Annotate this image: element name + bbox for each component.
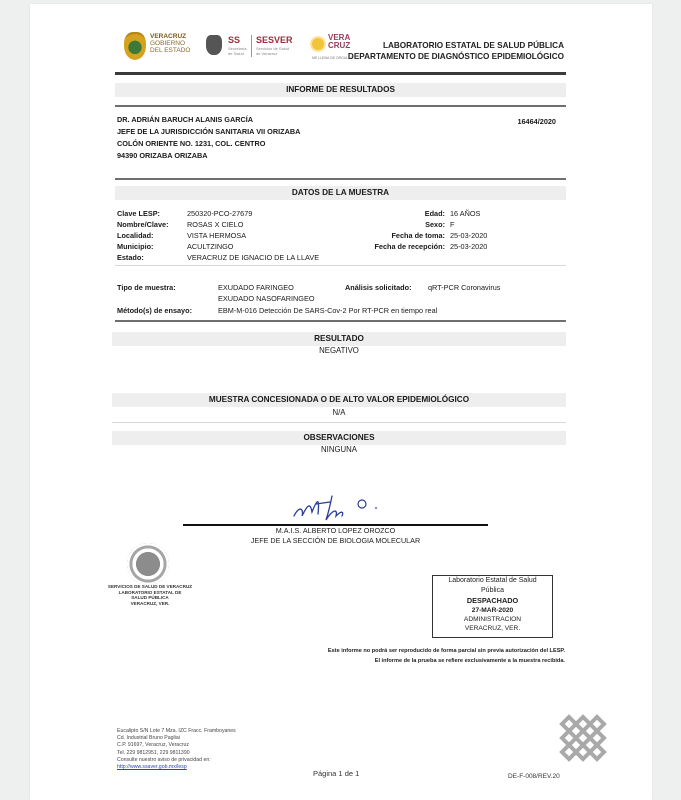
stamp-status: DESPACHADO: [433, 596, 552, 606]
veracruz-brand-logo: VERA CRUZ: [328, 34, 350, 50]
stamp-place: VERACRUZ, VER.: [433, 624, 552, 633]
method-value: EBM-M-016 Detección De SARS-Cov-2 Por RT…: [218, 306, 437, 315]
stamp-line: Pública: [433, 586, 552, 596]
footer-address: Eucalipto S/N Lote 7 Mza. IZC Fracc. Fra…: [117, 728, 236, 771]
section-divider: [115, 320, 566, 322]
seal-line: VERACRUZ, VER.: [105, 601, 195, 607]
report-title: INFORME DE RESULTADOS: [115, 83, 566, 97]
recipient-position: JEFE DE LA JURISDICCIÓN SANITARIA VII OR…: [117, 126, 300, 138]
report-folio: 16464/2020: [517, 117, 556, 126]
lab-title: LABORATORIO ESTATAL DE SALUD PÚBLICA DEP…: [348, 40, 564, 62]
field-label: Estado:: [117, 253, 144, 262]
recipient-city: 94390 ORIZABA ORIZABA: [117, 150, 208, 162]
header-divider: [115, 72, 566, 75]
stamp-date: 27-MAR-2020: [433, 606, 552, 615]
handwritten-signature-icon: [290, 486, 390, 524]
sample-type-value: EXUDADO NASOFARINGEO: [218, 294, 315, 303]
field-label: Nombre/Clave:: [117, 220, 169, 229]
mexico-coat-of-arms-seal-icon: [127, 543, 169, 585]
seal-line: SERVICIOS DE SALUD DE VERACRUZ: [105, 584, 195, 590]
analysis-value: qRT-PCR Coronavirus: [428, 283, 500, 292]
veracruz-brand-tagline: ME LLENA DE ORGULLO: [312, 56, 353, 60]
field-value: 250320-PCO-27679: [187, 209, 252, 218]
section-divider: [115, 265, 566, 266]
result-value: NEGATIVO: [112, 346, 566, 355]
concession-title: MUESTRA CONCESIONADA O DE ALTO VALOR EPI…: [112, 393, 566, 407]
stamp-area: ADMINISTRACION: [433, 615, 552, 624]
section-divider: [115, 105, 566, 107]
field-value: 25-03-2020: [450, 231, 487, 240]
signer-name: M.A.I.S. ALBERTO LOPEZ OROZCO: [183, 526, 488, 535]
privacy-link[interactable]: http://www.ssaver.gob.mx/lesp: [117, 764, 187, 770]
field-value: 16 AÑOS: [450, 209, 480, 218]
signer-position: JEFE DE LA SECCIÓN DE BIOLOGIA MOLECULAR: [183, 536, 488, 545]
field-value: F: [450, 220, 454, 229]
reproduction-notice: Este informe no podrá ser reproducido de…: [328, 648, 565, 654]
sample-notice: El informe de la prueba se refiere exclu…: [375, 658, 565, 664]
logo-divider: [251, 35, 252, 57]
concession-value: N/A: [112, 408, 566, 417]
sesver-logo-title: SESVER: [256, 35, 293, 45]
veracruz-coat-of-arms-icon: [124, 32, 146, 60]
address-line: C.P. 91697, Veracruz, Veracruz: [117, 742, 236, 749]
logo-line: CRUZ: [328, 42, 350, 50]
field-value: ACULTZINGO: [187, 242, 234, 251]
analysis-label: Análisis solicitado:: [345, 283, 412, 292]
lab-name: LABORATORIO ESTATAL DE SALUD PÚBLICA: [348, 40, 564, 51]
logo-line: GOBIERNO: [150, 40, 190, 47]
stamp-line: Laboratorio Estatal de Salud: [433, 576, 552, 586]
field-value: ROSAS X CIELO: [187, 220, 243, 229]
logo-line: VERACRUZ: [150, 33, 190, 40]
recipient-name: DR. ADRIÁN BARUCH ALANIS GARCÍA: [117, 114, 253, 126]
address-line: Eucalipto S/N Lote 7 Mza. IZC Fracc. Fra…: [117, 728, 236, 735]
sample-type-value: EXUDADO FARINGEO: [218, 283, 294, 292]
sesver-logo-subtitle: Servicios de Salud de Veracruz: [256, 46, 292, 56]
address-line: Cd. Industrial Bruno Pagliai: [117, 735, 236, 742]
method-label: Método(s) de ensayo:: [117, 306, 192, 315]
sun-icon: [312, 38, 324, 50]
section-divider: [112, 422, 566, 423]
address-line: Tel. 229 9812951, 229 9811390: [117, 750, 236, 757]
field-value: VISTA HERMOSA: [187, 231, 246, 240]
seal-text: SERVICIOS DE SALUD DE VERACRUZ LABORATOR…: [105, 584, 195, 606]
ss-logo-title: SS: [228, 35, 240, 45]
veracruz-gobierno-logo-text: VERACRUZ GOBIERNO DEL ESTADO: [150, 33, 190, 54]
field-label: Municipio:: [117, 242, 153, 251]
field-label: Fecha de recepción:: [374, 242, 445, 251]
field-label: Edad:: [425, 209, 445, 218]
observations-value: NINGUNA: [112, 445, 566, 454]
field-value: VERACRUZ DE IGNACIO DE LA LLAVE: [187, 253, 319, 262]
field-label: Fecha de toma:: [391, 231, 445, 240]
field-label: Sexo:: [425, 220, 445, 229]
address-line: Consulte nuestro aviso de privacidad en:: [117, 757, 236, 764]
field-value: 25-03-2020: [450, 242, 487, 251]
logo-line: DEL ESTADO: [150, 47, 190, 54]
ss-logo-subtitle: Secretaría de Salud: [228, 46, 250, 56]
field-label: Localidad:: [117, 231, 154, 240]
field-label: Clave LESP:: [117, 209, 160, 218]
result-title: RESULTADO: [112, 332, 566, 346]
recipient-address: COLÓN ORIENTE NO. 1231, COL. CENTRO: [117, 138, 265, 150]
sample-type-label: Tipo de muestra:: [117, 283, 176, 292]
section-divider: [115, 178, 566, 180]
knot-pattern-icon: [557, 712, 607, 762]
department-name: DEPARTAMENTO DE DIAGNÓSTICO EPIDEMIOLÓGI…: [348, 51, 564, 62]
observations-title: OBSERVACIONES: [112, 431, 566, 445]
form-code: DE-F-008/REV.20: [508, 773, 560, 780]
dispatch-stamp: Laboratorio Estatal de Salud Pública DES…: [432, 575, 553, 638]
page-number: Página 1 de 1: [313, 769, 359, 778]
ss-emblem-icon: [206, 35, 222, 55]
sample-section-title: DATOS DE LA MUESTRA: [115, 186, 566, 200]
